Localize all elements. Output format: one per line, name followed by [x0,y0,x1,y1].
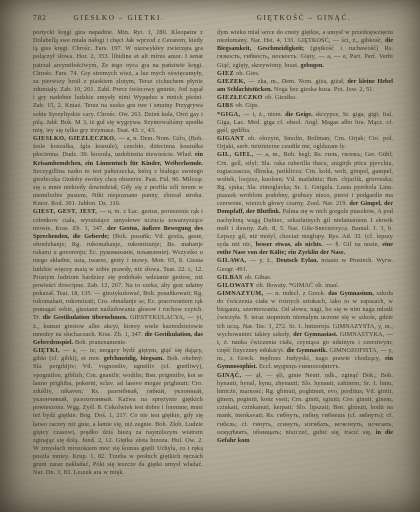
entry-headword: GIEST, GEST, JEST, [33,208,99,215]
blackletter-text: gefchmeidig, biegsam. [104,355,164,362]
entry-headword: GIL, GIEL, [217,151,256,158]
entry-text: — n. indecl. z Greck. [266,290,328,297]
dictionary-entry: GIL, GIEL, — a, m., Boh. hegl; Rs. гиль,… [217,151,393,257]
entry-text: (Boh. posuňk; Vd. gestia, geste, obredzh… [33,233,203,322]
blackletter-text: die Gestikulation übernehmen. [43,314,128,321]
dictionary-entry: dym wieku miał serce do cnoty giętkie, a… [217,29,393,70]
blackletter-text: Deutsch Eylau, [276,257,318,264]
dictionary-entry: portycki kręgi gira napadnie. Min. Ryt. … [33,29,203,135]
dictionary-entry: *GIGA, — i, ż., niem. die Geige, skrzypc… [217,111,393,135]
entry-headword: GINĄĆ, [217,372,246,379]
running-head-right: GIĘTKOŚĆ – GINĄĆ. [226,14,382,22]
blackletter-text: gebogen. [301,62,324,69]
entry-headword: GIEZ [217,70,236,77]
dictionary-entry: GIEZ ob. Gies. [217,70,393,78]
entry-text: ob. Gies. [236,70,259,77]
dictionary-entry: GILAWA, — y, ż., Deutsch Eylau, miasto w… [217,257,393,273]
entry-text: Boh. ohebný; Sla. pergibljiv; Vd. vognos… [33,355,203,476]
scanned-page: 782 GIESŁKO – GIETKI. GIĘTKOŚĆ – GINĄĆ. … [0,0,420,512]
dictionary-entry: GIEZEK, — zka, m., Dem. Nom. giża, giżał… [217,78,393,94]
entry-headword: GILAWA, [217,257,250,264]
dictionary-entry: GILBAS ob. Gibas. [217,274,393,282]
entry-text: — zka, m., Dem. Nom. giża, giżał, [249,78,348,85]
blackletter-text: die Geige, [285,111,313,118]
entry-headword: *GIGA, [217,111,244,118]
dictionary-entry: GIMNAZYUM, — n. indecl. z Greck. das Gym… [217,290,393,372]
entry-text: ob. Gibas. [245,274,272,281]
right-column: dym wieku miał serce do cnoty giętkie, a… [217,29,393,445]
entry-text: Boh. pranznamenie. [73,339,127,346]
running-head-left: GIESŁKO – GIETKI. [56,14,182,22]
entry-headword: GIBS [217,102,235,109]
entry-headword: GIMNAZYUM, [217,290,266,297]
entry-headword: GIEZŁECZKO [217,94,265,101]
dictionary-entry: GIĘTKI, — a, — ie; mogący bydź giętym, g… [33,347,203,478]
entry-text: dym wieku miał serce do cnoty giętkie, a… [217,29,393,44]
entry-text: Szczygillina nadto to iest pałterzecka, … [33,168,203,208]
entry-text: ob. Giezłko. [265,94,297,101]
dictionary-entry: GIGANT ob. obrzym, Smolin, Boliman; Crn.… [217,135,393,151]
blackletter-text: der Gymnasiast. [293,331,337,338]
entry-headword: GIĘTKI, [33,347,63,354]
left-column: portycki kręgi gira napadnie. Min. Ryt. … [33,29,203,478]
entry-headword: GILOWATY [217,282,256,289]
entry-headword: GIESŁKO, GIEZŁECZKO, [33,135,118,142]
page: 782 GIESŁKO – GIETKI. GIĘTKOŚĆ – GINĄĆ. … [0,0,420,512]
entry-text: Eccl. мудрецъ-гимнософистъ. [257,363,340,370]
blackletter-text: besser etwas, als nichts. [256,241,323,248]
entry-headword: GILBAS [217,274,245,281]
entry-headword: GIGANT [217,135,248,142]
entry-text: — ął, — ęli, ginie Neutr. ndk., zginąć D… [217,372,393,436]
entry-text: portycki kręgi gira napadnie. Min. Ryt. … [33,29,203,134]
entry-text: — y, ż., [250,257,276,264]
dictionary-entry: GIEST, GEST, JEST, — u, m. z Łac. gestus… [33,208,203,347]
dictionary-entry: GILOWATY ob. Iłowaty. *GIMAĆ ob. imać. [217,282,393,290]
entry-text: — a, m., Boh. hegl; Rs. гиль, гилекъ; Ge… [217,151,393,207]
dictionary-entry: GIBS ob. Gips. [217,102,393,110]
dictionary-entry: GINĄĆ, — ął, — ęli, ginie Neutr. ndk., z… [217,372,393,445]
entry-headword: GIEZEK, [217,78,249,85]
entry-text: — §. Gil na nosie, [323,241,383,248]
entry-text: ob. Iłowaty. *GIMAĆ ob. imać. [256,282,339,289]
page-number: 782 [33,14,47,22]
entry-text: ob. Gips. [235,102,259,109]
blackletter-text: die Gymnastik. [287,347,328,354]
blackletter-text: das Gymnasium, [328,290,374,297]
entry-text: Noga bez gieska kusa. Pot. Jow. 2, 51. [272,86,374,93]
dictionary-entry: GIESŁKO, GIEZŁECZKO, — a, n. Dem. Nom. G… [33,135,203,208]
dictionary-entry: GIEZŁECZKO ob. Giezłko. [217,94,393,102]
entry-text: — i, ż., niem. [244,111,286,118]
